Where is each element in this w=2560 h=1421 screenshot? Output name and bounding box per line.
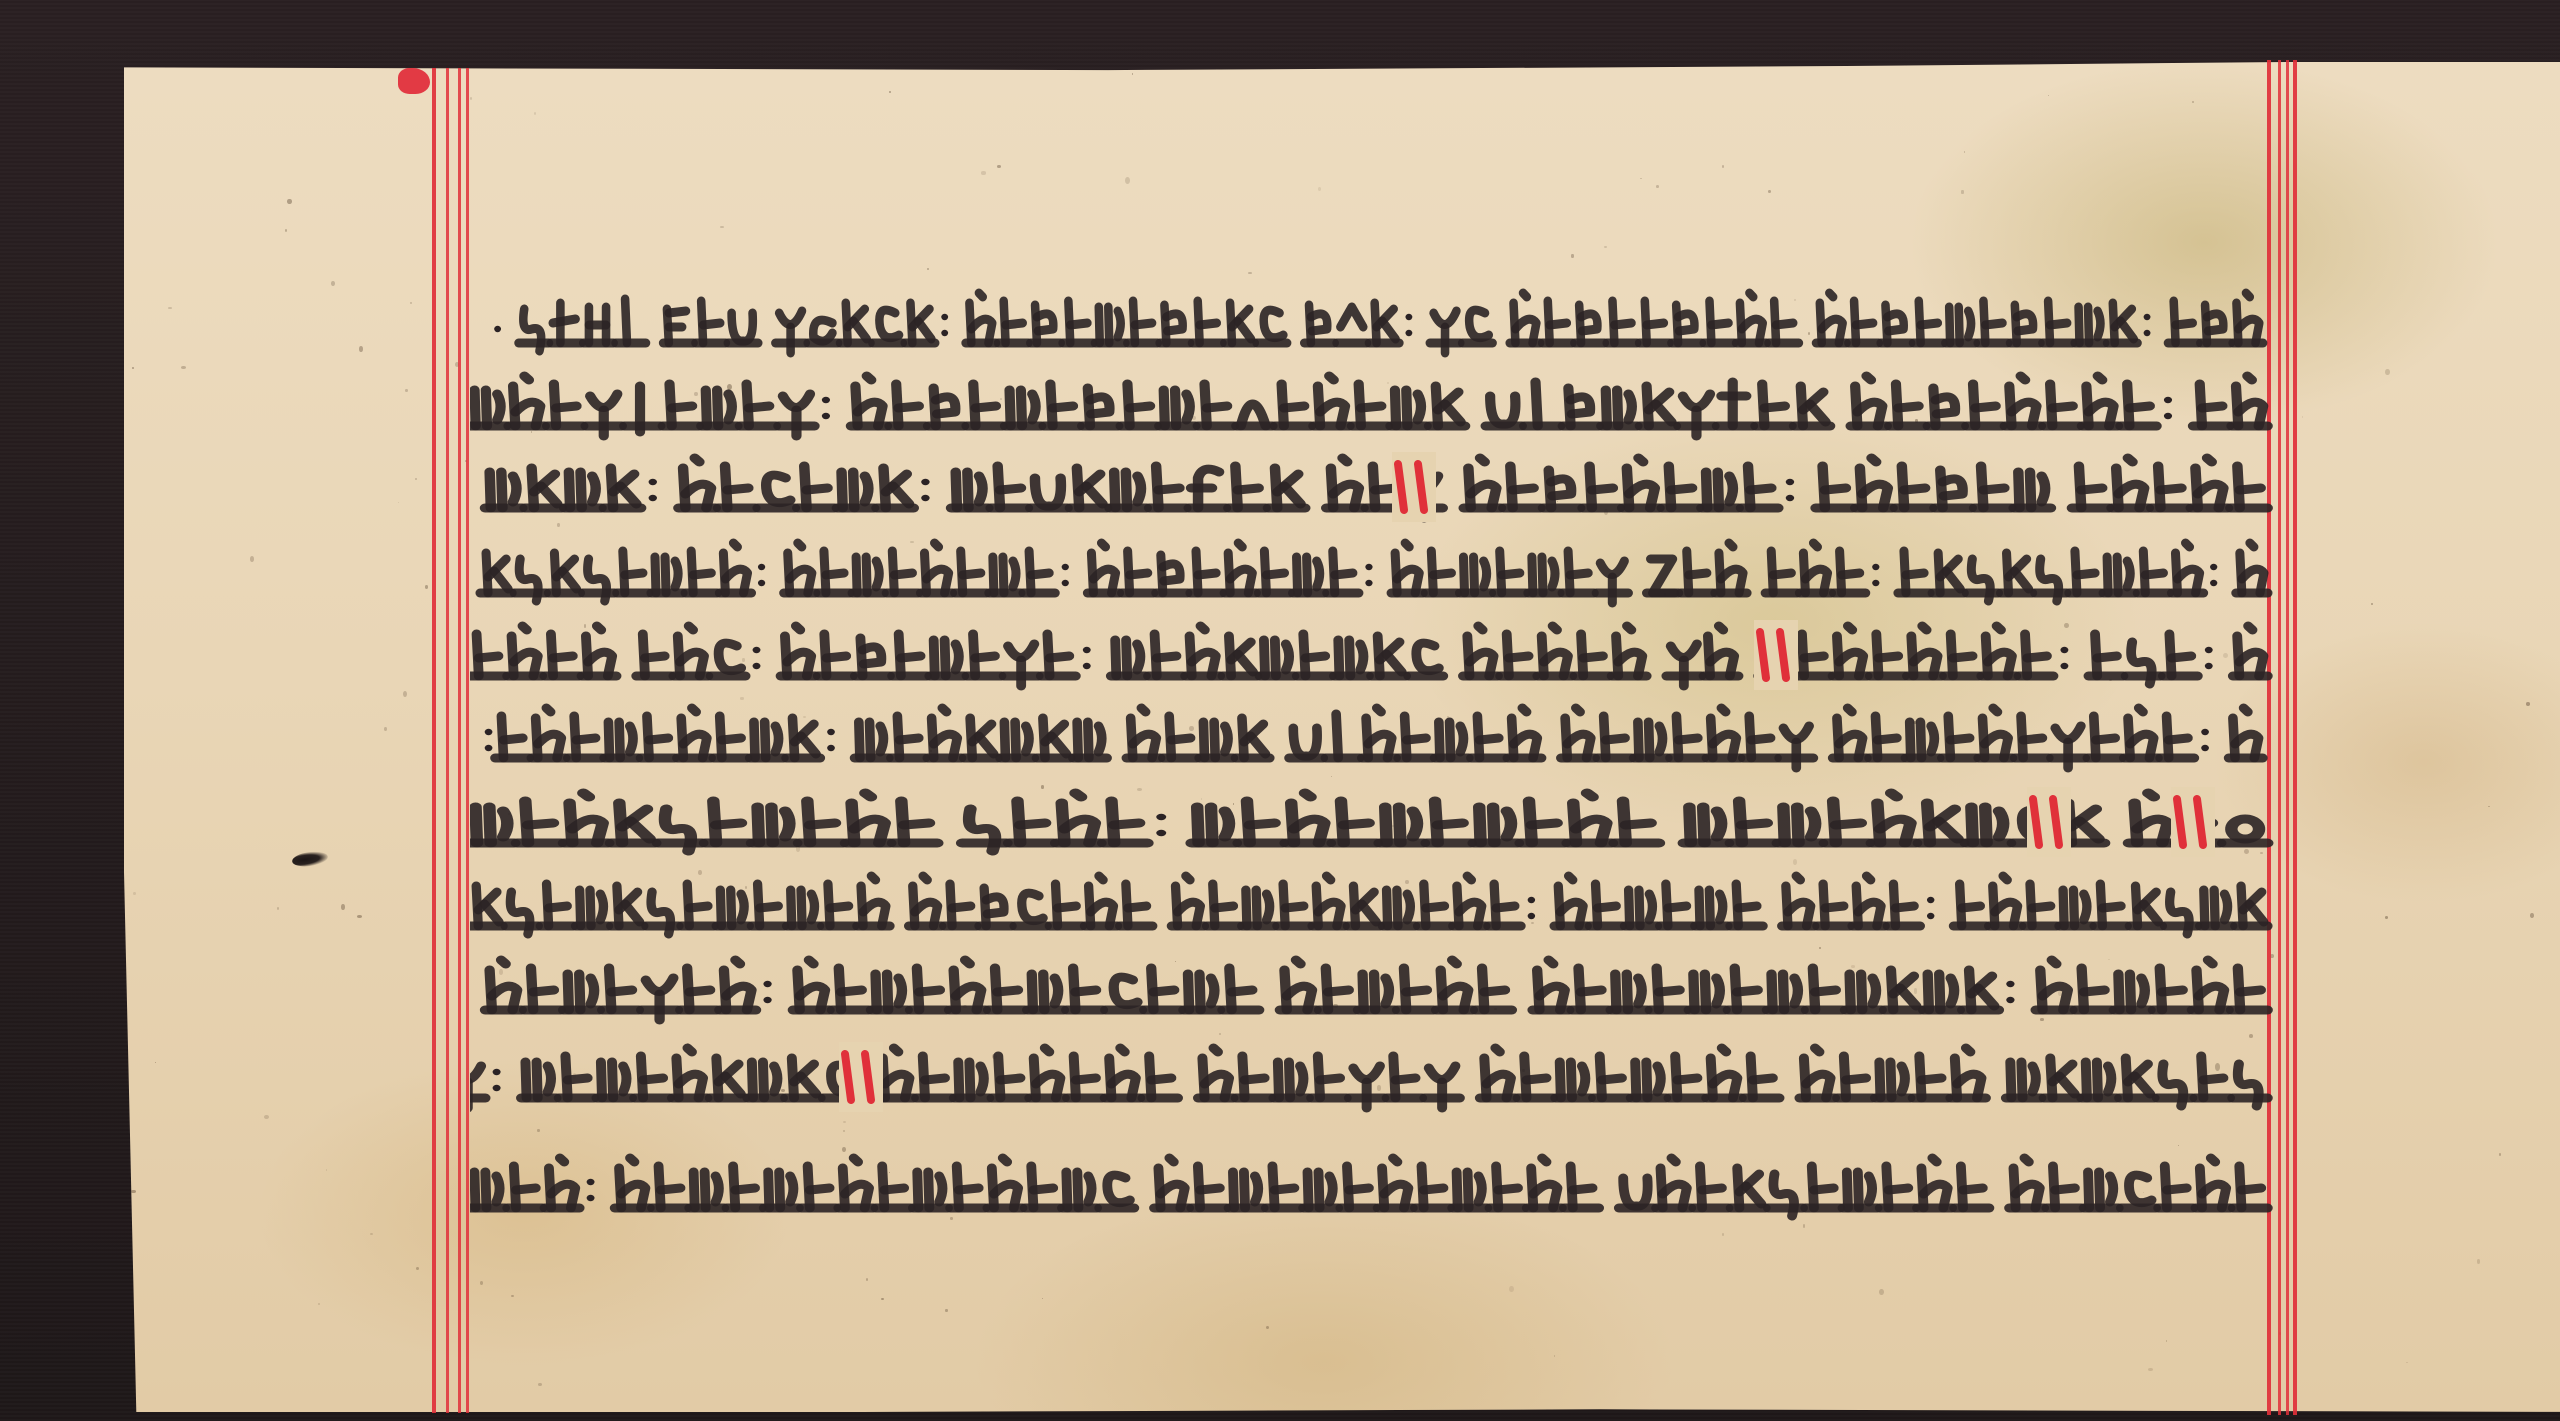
paper-speck <box>843 1121 845 1123</box>
paper-speck <box>132 367 134 369</box>
script-glyphs <box>470 519 2280 615</box>
paper-speck <box>1125 177 1130 184</box>
script-glyphs <box>470 1024 2280 1120</box>
paper-speck <box>2477 1259 2480 1264</box>
paper-speck <box>341 904 345 910</box>
paper-speck <box>168 307 172 309</box>
script-glyphs <box>470 769 2280 865</box>
paper-speck <box>889 91 891 93</box>
paper-speck <box>1571 254 1573 257</box>
paper-speck <box>285 229 287 231</box>
paper-speck <box>398 502 400 503</box>
paper-speck <box>1722 165 1724 168</box>
red-ink-blot <box>398 68 430 94</box>
paper-speck <box>2530 913 2535 918</box>
manuscript-line <box>470 690 2280 780</box>
paper-speck <box>1509 1286 1513 1292</box>
paper-speck <box>403 691 407 698</box>
paper-speck <box>1879 1289 1884 1295</box>
paper-speck <box>2371 603 2372 605</box>
script-glyphs <box>470 852 2280 948</box>
manuscript-line <box>470 1140 2280 1230</box>
paper-speck <box>1961 190 1963 193</box>
paper-speck <box>866 1278 868 1281</box>
paper-speck <box>370 1233 373 1236</box>
manuscript-line <box>470 1030 2280 1120</box>
paper-speck <box>2488 806 2491 808</box>
paper-speck <box>480 1281 483 1285</box>
paper-speck <box>2526 702 2530 705</box>
paper-speck <box>1768 190 1771 193</box>
paper-speck <box>326 1169 328 1171</box>
paper-speck <box>287 199 292 204</box>
paper-speck <box>2499 1153 2501 1155</box>
paper-speck <box>410 302 412 304</box>
paper-speck <box>250 556 255 562</box>
script-glyphs <box>470 936 2280 1032</box>
paper-speck <box>2166 1340 2167 1342</box>
paper-speck <box>2148 1368 2153 1371</box>
paper-speck <box>997 165 1001 168</box>
paper-speck <box>155 1062 156 1063</box>
paper-speck <box>511 1295 513 1297</box>
paper-speck <box>1722 1233 1724 1235</box>
script-glyphs <box>470 269 2280 365</box>
paper-speck <box>1640 178 1642 179</box>
script-glyphs <box>470 434 2280 530</box>
paper-speck <box>2385 369 2390 376</box>
paper-speck <box>384 727 387 731</box>
paper-speck <box>945 1309 948 1313</box>
paper-speck <box>2385 916 2389 919</box>
script-glyphs <box>470 1134 2280 1230</box>
paper-speck <box>720 226 724 228</box>
right-rule-4 <box>2293 60 2297 1415</box>
paper-speck <box>1964 151 1965 152</box>
manuscript-line <box>470 440 2280 530</box>
paper-speck <box>1604 246 1607 248</box>
paper-speck <box>425 585 428 589</box>
paper-speck <box>1266 1326 1269 1329</box>
paper-speck <box>318 1303 320 1305</box>
paper-speck <box>537 1129 540 1133</box>
paper-speck <box>331 281 336 286</box>
paper-speck <box>133 892 136 895</box>
script-glyphs <box>470 684 2280 780</box>
paper-speck <box>2406 1362 2408 1363</box>
paper-speck <box>131 1190 135 1193</box>
manuscript-line <box>470 942 2280 1032</box>
left-rule-4 <box>466 68 469 1413</box>
paper-speck <box>359 346 363 352</box>
paper-speck <box>1132 73 1133 75</box>
right-rule-3 <box>2286 60 2289 1415</box>
paper-speck <box>981 171 986 174</box>
paper-speck <box>843 1130 845 1132</box>
paper-speck <box>881 1298 884 1300</box>
paper-speck <box>534 112 536 115</box>
paper-speck <box>1318 187 1321 191</box>
left-rule-3 <box>458 68 461 1413</box>
paper-speck <box>405 389 408 392</box>
paper-speck <box>2048 95 2049 96</box>
paper-speck <box>181 366 186 369</box>
paper-speck <box>1554 1355 1556 1357</box>
paper-speck <box>1042 1298 1043 1299</box>
paper-speck <box>277 907 279 910</box>
paper-speck <box>2302 416 2304 418</box>
paper-speck <box>1656 185 1659 188</box>
paper-speck <box>415 478 417 480</box>
left-rule-2 <box>446 68 449 1413</box>
paper-speck <box>416 1267 419 1270</box>
paper-speck <box>264 1115 269 1119</box>
paper-speck <box>538 1383 542 1386</box>
manuscript-line <box>470 858 2280 948</box>
paper-speck <box>357 915 362 918</box>
left-rule-1 <box>432 68 436 1413</box>
paper-speck <box>470 97 472 99</box>
paper-speck <box>2192 101 2194 103</box>
